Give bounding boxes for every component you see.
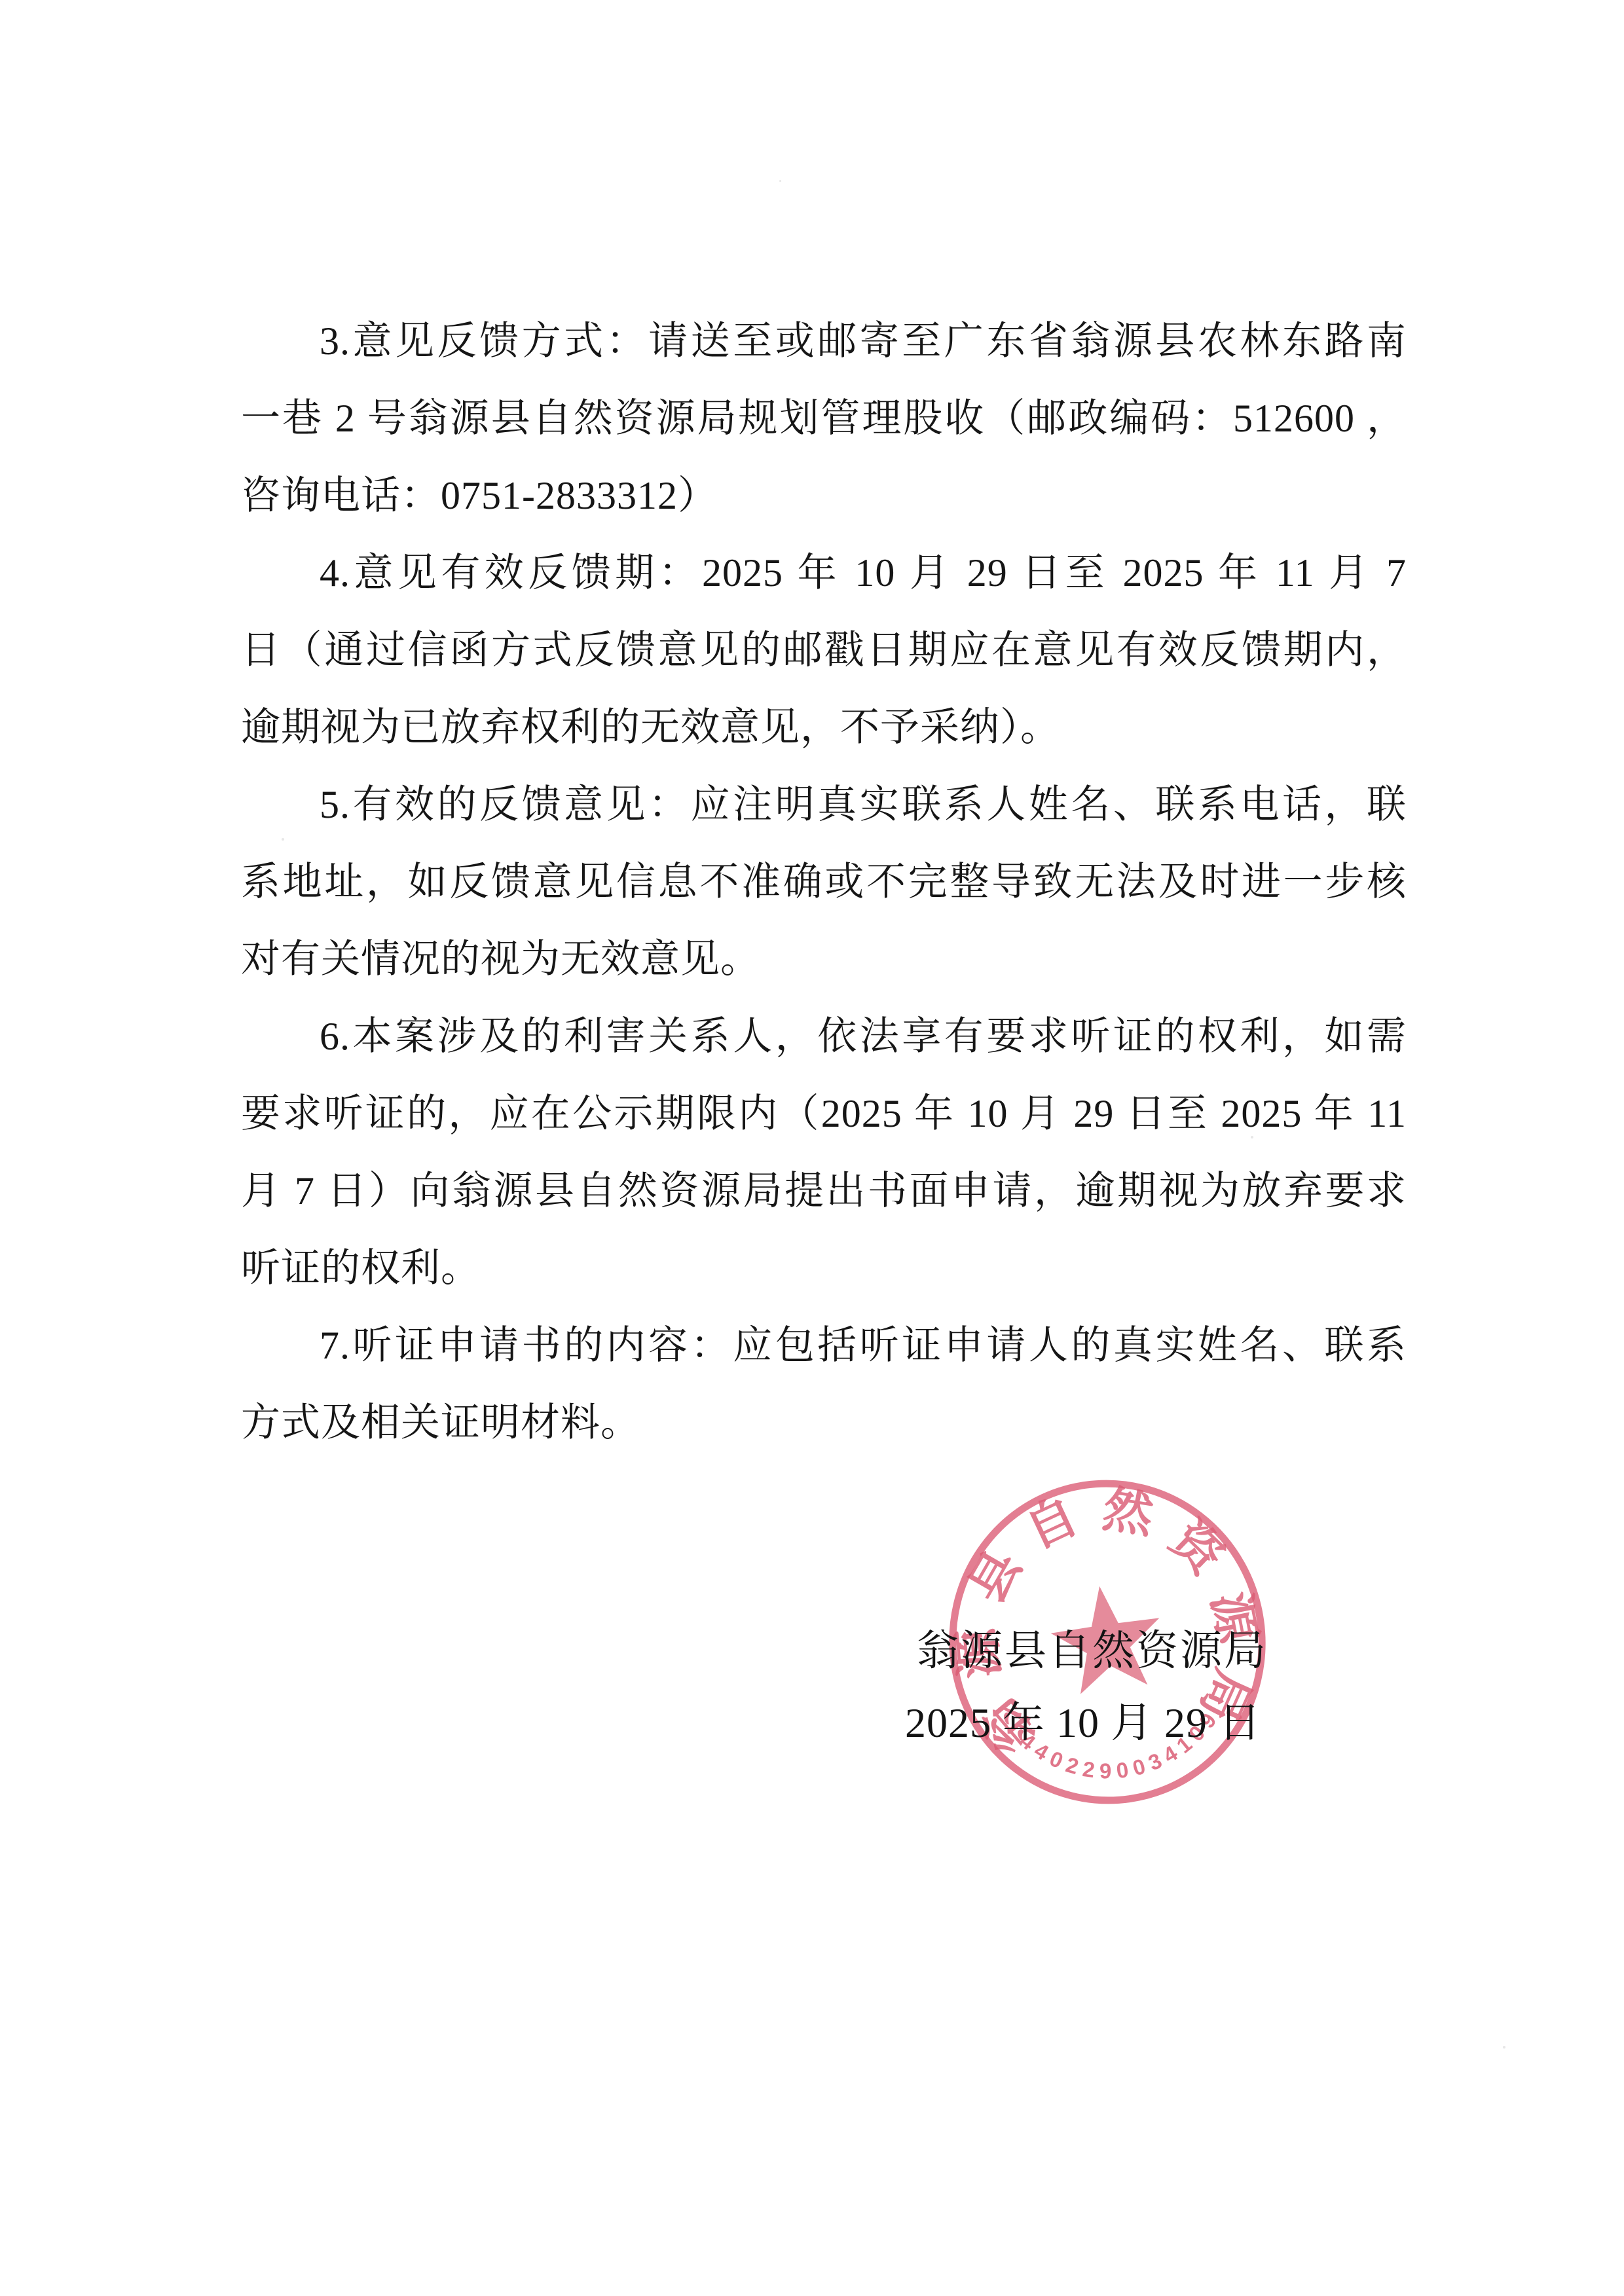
- scan-speck: [1503, 2046, 1505, 2049]
- body-line: 咨询电话：0751-2833312）: [241, 457, 1407, 534]
- signature-organization: 翁源县自然资源局: [917, 1617, 1268, 1677]
- seal-ring-char: 资: [1160, 1512, 1234, 1587]
- body-line: 对有关情况的视为无效意见。: [241, 920, 1407, 998]
- paragraph-3: 3.意见反馈方式：请送至或邮寄至广东省翁源县农林东路南 一巷 2 号翁源县自然资…: [241, 302, 1407, 534]
- document-body: 3.意见反馈方式：请送至或邮寄至广东省翁源县农林东路南 一巷 2 号翁源县自然资…: [241, 302, 1407, 1461]
- scan-speck: [779, 180, 781, 182]
- body-line: 5.有效的反馈意见：应注明真实联系人姓名、联系电话，联: [241, 766, 1407, 843]
- paragraph-7: 7.听证申请书的内容：应包括听证申请人的真实姓名、联系 方式及相关证明材料。: [241, 1307, 1407, 1461]
- document-page: 翁 源 县 自 然 资 源 局 4402290034109 3.意见反馈方式：请…: [0, 0, 1624, 2296]
- paragraph-4: 4.意见有效反馈期：2025 年 10 月 29 日至 2025 年 11 月 …: [241, 534, 1407, 766]
- seal-ring-char: 县: [959, 1541, 1032, 1612]
- scan-speck: [282, 838, 284, 841]
- paragraph-5: 5.有效的反馈意见：应注明真实联系人姓名、联系电话，联 系地址，如反馈意见信息不…: [241, 766, 1407, 998]
- body-line: 一巷 2 号翁源县自然资源局规划管理股收（邮政编码：512600 ，: [241, 380, 1407, 457]
- body-line: 3.意见反馈方式：请送至或邮寄至广东省翁源县农林东路南: [241, 302, 1407, 380]
- body-line: 听证的权利。: [241, 1230, 1407, 1307]
- paragraph-6: 6.本案涉及的利害关系人，依法享有要求听证的权利，如需 要求听证的，应在公示期限…: [241, 998, 1407, 1307]
- seal-ring-char: 然: [1099, 1482, 1157, 1544]
- body-line: 方式及相关证明材料。: [241, 1384, 1407, 1461]
- body-line: 系地址，如反馈意见信息不准确或不完整导致无法及时进一步核: [241, 843, 1407, 920]
- body-line: 6.本案涉及的利害关系人，依法享有要求听证的权利，如需: [241, 998, 1407, 1075]
- body-line: 要求听证的，应在公示期限内（2025 年 10 月 29 日至 2025 年 1…: [241, 1075, 1407, 1152]
- body-line: 7.听证申请书的内容：应包括听证申请人的真实姓名、联系: [241, 1307, 1407, 1384]
- body-line: 月 7 日）向翁源县自然资源局提出书面申请，逾期视为放弃要求: [241, 1152, 1407, 1230]
- seal-ring-char: 自: [1018, 1488, 1086, 1559]
- scan-speck: [1251, 1136, 1253, 1139]
- signature-date: 2025 年 10 月 29 日: [905, 1689, 1261, 1749]
- body-line: 逾期视为已放弃权利的无效意见，不予采纳）。: [241, 689, 1407, 766]
- body-line: 日（通过信函方式反馈意见的邮戳日期应在意见有效反馈期内，: [241, 611, 1407, 689]
- body-line: 4.意见有效反馈期：2025 年 10 月 29 日至 2025 年 11 月 …: [241, 534, 1407, 611]
